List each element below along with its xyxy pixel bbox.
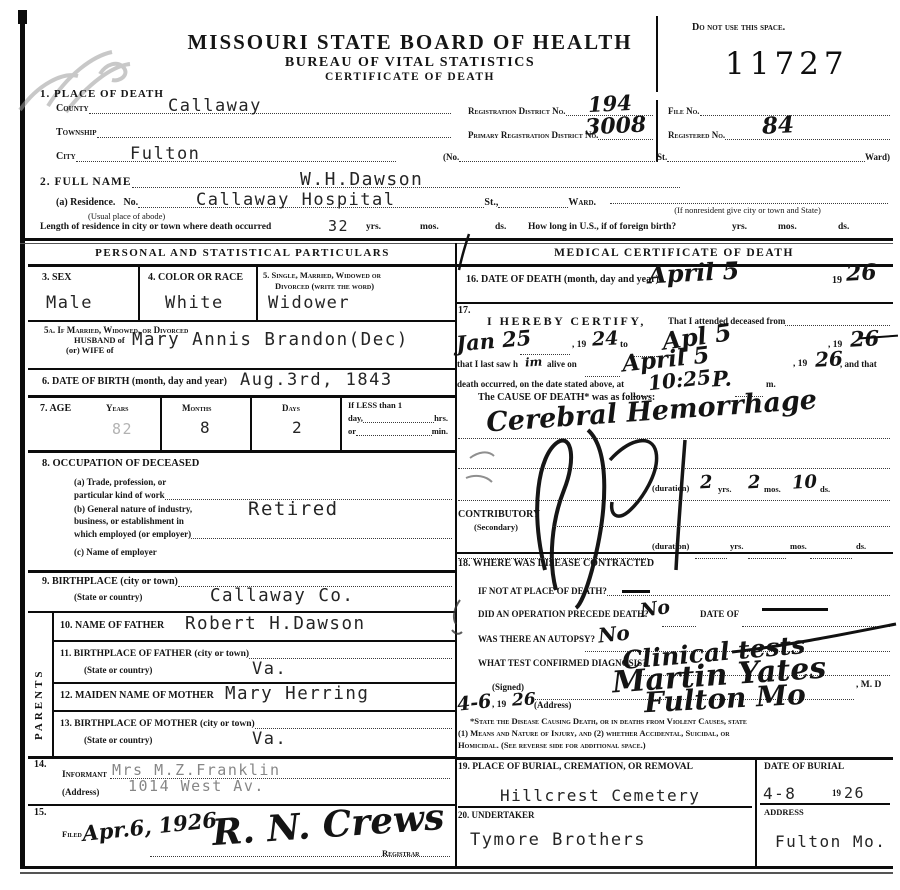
dotted-line <box>785 315 890 326</box>
age-min-label: min. <box>432 426 448 436</box>
divider <box>250 398 252 450</box>
page-subtitle-2: CERTIFICATE OF DEATH <box>150 71 670 83</box>
residence-label: (a) Residence. <box>56 197 115 208</box>
do-not-use-divider <box>656 16 658 92</box>
dob-value: Aug.3rd, 1843 <box>240 370 393 390</box>
age-or-label: or <box>348 426 356 436</box>
certify-number: 17. <box>458 305 471 316</box>
occupation-a2: particular kind of work <box>74 490 165 500</box>
personal-header: PERSONAL AND STATISTICAL PARTICULARS <box>30 247 455 259</box>
dob-label: 6. DATE OF BIRTH (month, day and year) <box>42 376 227 387</box>
nonresident-note: (If nonresident give city or town and St… <box>600 205 895 215</box>
race-value: White <box>165 293 224 313</box>
signed-date-value: 4-6 <box>456 690 492 715</box>
divider <box>755 759 757 866</box>
footnote-line-2: (1) Means and Nature of Injury, and (2) … <box>458 728 730 738</box>
medical-header: MEDICAL CERTIFICATE OF DEATH <box>455 247 893 259</box>
divider <box>160 398 162 450</box>
md-label: , M. D <box>856 680 881 690</box>
duration-days-value: 10 <box>791 471 817 493</box>
township-label: Township <box>56 127 97 138</box>
mother-label: 12. MAIDEN NAME OF MOTHER <box>60 690 214 701</box>
divider <box>52 710 455 712</box>
parents-label: PARENTS <box>33 640 45 740</box>
divider <box>28 450 455 453</box>
lastsaw-text-3: , and that <box>840 359 877 369</box>
dotted-line <box>255 718 452 729</box>
signed-year-value: 26 <box>511 689 536 710</box>
divider <box>138 267 140 320</box>
undertaker-address-label: ADDRESS <box>764 807 804 817</box>
contributory-secondary-label: (Secondary) <box>474 522 518 532</box>
occupation-a1: (a) Trade, profession, or <box>74 477 166 487</box>
duration-label: (duration) <box>652 483 689 493</box>
ds2-label: ds. <box>838 222 849 232</box>
race-label: 4. COLOR OR RACE <box>148 272 243 283</box>
dotted-line <box>695 548 727 559</box>
not-place-label: IF NOT AT PLACE OF DEATH? <box>478 586 607 596</box>
primary-reg-label: Primary Registration District No. <box>468 130 598 140</box>
dotted-line <box>363 412 434 423</box>
marital-value: Widower <box>268 293 350 313</box>
divider <box>52 640 455 642</box>
burial-year-value: 26 <box>844 784 865 802</box>
certificate-number: 11727 <box>725 46 849 82</box>
printed-19-signed: , 19 <box>492 700 506 710</box>
dotted-line <box>725 129 890 140</box>
age-less-label-1: If LESS than 1 <box>348 400 402 410</box>
footnote-line-1: *State the Disease Causing Death, or in … <box>470 716 747 726</box>
age-less-label-2: day, <box>348 413 363 423</box>
mos2-label: mos. <box>778 222 797 232</box>
occupation-c: (c) Name of employer <box>74 547 157 557</box>
age-years-value: 82 <box>112 420 133 438</box>
date-of-death-label: 16. DATE OF DEATH (month, day and year) <box>466 274 659 285</box>
contributory-label: CONTRIBUTORY <box>458 509 540 520</box>
mother-bp-value: Va. <box>252 729 287 749</box>
abode-note: (Usual place of abode) <box>88 211 165 221</box>
divider <box>458 806 752 808</box>
st-label: St. <box>657 152 667 162</box>
occupation-value: Retired <box>248 498 339 520</box>
undertaker-value: Tymore Brothers <box>470 830 646 850</box>
duration-years-value: 2 <box>699 472 713 494</box>
father-bp-value: Va. <box>252 659 287 679</box>
burial-date-value: 4-8 <box>763 784 796 803</box>
dotted-line <box>810 548 852 559</box>
divider <box>457 552 893 554</box>
divider <box>28 611 455 613</box>
file-no-label: File No. <box>668 106 700 116</box>
dotted-line <box>610 193 888 204</box>
dotted-line <box>552 516 890 527</box>
burial-place-value: Hillcrest Cemetery <box>500 786 700 805</box>
duration-months-value: 2 <box>747 472 761 494</box>
residence-st-label: St., <box>484 197 498 208</box>
yrs-label: yrs. <box>366 222 381 232</box>
dotted-line <box>498 197 568 208</box>
residence-no-label: No. <box>123 197 138 208</box>
age-less-min-line: or min. <box>348 425 448 436</box>
pen-dash <box>622 590 650 593</box>
divider <box>28 320 455 322</box>
divider <box>28 395 455 398</box>
informant-address-value: 1014 West Av. <box>128 777 265 795</box>
age-days-value: 2 <box>292 418 303 437</box>
ward-label: Ward) <box>865 152 890 162</box>
pen-squiggle-mark <box>448 598 466 638</box>
occupation-b3: which employed (or employer) <box>74 529 191 539</box>
age-hrs-label: hrs. <box>434 413 448 423</box>
county-value: Callaway <box>168 96 262 116</box>
burial-date-label: DATE OF BURIAL <box>764 762 844 772</box>
undertaker-address-value: Fulton Mo. <box>775 832 886 851</box>
do-not-use-label: Do not use this space. <box>692 22 785 33</box>
divider <box>256 267 258 320</box>
township-line: Township <box>56 127 451 138</box>
divider <box>28 756 455 759</box>
age-less-hrs-line: day, hrs. <box>348 412 448 423</box>
bottom-border-line <box>20 866 893 869</box>
father-bp-state-label: (State or country) <box>84 665 152 675</box>
birthplace-state-label: (State or country) <box>74 592 142 602</box>
city-line: City <box>56 151 396 162</box>
dotted-line <box>700 105 890 116</box>
mother-bp-label: 13. BIRTHPLACE OF MOTHER (city or town) <box>60 719 255 729</box>
death-certificate-scan: MISSOURI STATE BOARD OF HEALTH BUREAU OF… <box>0 0 900 890</box>
primary-reg-value: 3008 <box>584 111 647 140</box>
date-of-death-value: April 5 <box>647 256 740 290</box>
dotted-line <box>76 151 396 162</box>
undertaker-label: 20. UNDERTAKER <box>458 810 535 820</box>
filed-date-value: Apr.6, 1926 <box>81 807 218 846</box>
marital-label-1: 5. Single, Married, Widowed or <box>263 270 381 280</box>
lastsaw-text-1: that I last saw h <box>457 359 518 369</box>
city-label: City <box>56 151 76 162</box>
spouse-value: Mary Annis Brandon(Dec) <box>132 330 409 350</box>
footnote-line-3: Homicidal. (See reverse side for additio… <box>458 740 646 750</box>
duration-mos-label: mos. <box>764 484 781 494</box>
dotted-line <box>459 151 657 162</box>
dotted-line <box>667 151 865 162</box>
date-of-death-year: 26 <box>845 259 877 287</box>
full-name-label: 2. FULL NAME <box>40 176 132 188</box>
printed-19-burial: 19 <box>832 788 841 798</box>
mother-value: Mary Herring <box>225 684 369 704</box>
marital-label-2: Divorced (write the word) <box>275 281 374 291</box>
ds-label: ds. <box>495 222 506 232</box>
sex-value: Male <box>46 293 93 313</box>
reg-district-label: Registration District No. <box>468 106 566 116</box>
city-value: Fulton <box>130 144 200 164</box>
duration-label-2: (duration) <box>652 541 689 551</box>
mother-bp-state-label: (State or country) <box>84 735 152 745</box>
filed-number: 15. <box>34 807 47 818</box>
to-label: to <box>620 340 628 350</box>
filed-label: Filed <box>62 829 82 839</box>
dotted-line <box>89 103 451 114</box>
length-residence-value: 32 <box>328 217 349 235</box>
county-label: County <box>56 103 89 114</box>
city-street-line: (No. St. Ward) <box>443 151 890 162</box>
dotted-line <box>97 127 451 138</box>
divider <box>457 302 893 304</box>
age-days-label: Days <box>282 403 300 413</box>
occupation-b3-line: which employed (or employer) <box>74 528 452 539</box>
autopsy-answer: No <box>597 620 631 647</box>
divider <box>457 757 893 760</box>
registered-no-label: Registered No. <box>668 130 725 140</box>
dotted-line <box>249 648 452 659</box>
registrar-label: Registrar <box>382 848 419 858</box>
printed-19: 19 <box>832 275 842 286</box>
q18-label: 18. WHERE WAS DISEASE CONTRACTED <box>458 558 654 569</box>
informant-number: 14. <box>34 759 47 770</box>
occupation-b2: business, or establishment in <box>74 516 184 526</box>
dotted-line <box>748 548 786 559</box>
birthplace-value: Callaway Co. <box>210 586 354 606</box>
age-years-label: Years <box>106 403 129 413</box>
occupation-b1: (b) General nature of industry, <box>74 504 192 514</box>
parents-strip-divider <box>52 613 54 756</box>
lastsaw-text-2: alive on <box>547 359 577 369</box>
registered-no-value: 84 <box>761 111 794 140</box>
father-value: Robert H.Dawson <box>185 614 366 634</box>
informant-label: Informant <box>62 770 107 780</box>
ds-label-2: ds. <box>856 541 866 551</box>
yrs-label-2: yrs. <box>730 541 743 551</box>
lastsaw-im: im <box>525 355 543 370</box>
residence-value: Callaway Hospital <box>196 190 396 210</box>
full-name-value: W.H.Dawson <box>300 169 423 190</box>
printed-19-lastsaw: , 19 <box>793 359 807 369</box>
physician-address: Fulton Mo <box>643 678 806 719</box>
burial-label: 19. PLACE OF BURIAL, CREMATION, OR REMOV… <box>458 762 693 772</box>
death-time-p: P. <box>711 366 732 392</box>
not-place-line: IF NOT AT PLACE OF DEATH? <box>478 585 890 596</box>
dotted-line <box>662 616 696 627</box>
divider <box>28 570 455 573</box>
dotted-line <box>520 344 570 355</box>
father-bp-line: 11. BIRTHPLACE OF FATHER (city or town) <box>60 648 452 659</box>
section-1-label: 1. PLACE OF DEATH <box>40 88 164 100</box>
duration-ds-label: ds. <box>820 484 830 494</box>
page-title: MISSOURI STATE BOARD OF HEALTH <box>150 30 670 55</box>
age-months-label: Months <box>182 403 212 413</box>
divider <box>340 398 342 450</box>
mother-bp-line: 13. BIRTHPLACE OF MOTHER (city or town) <box>60 718 452 729</box>
printed-19-from: , 19 <box>572 340 586 350</box>
page-subtitle: BUREAU OF VITAL STATISTICS <box>150 55 670 71</box>
spouse-label-3: (or) WIFE of <box>66 345 114 355</box>
death-time-value: 10:25 <box>647 365 712 395</box>
divider <box>28 264 455 267</box>
operation-label: DID AN OPERATION PRECEDE DEATH? <box>478 609 649 619</box>
dotted-line <box>356 425 432 436</box>
dotted-line <box>191 528 452 539</box>
informant-address-label: (Address) <box>62 787 99 797</box>
bottom-border-shadow <box>20 872 893 874</box>
father-label: 10. NAME OF FATHER <box>60 620 164 631</box>
address-label: (Address) <box>534 700 571 710</box>
age-months-value: 8 <box>200 418 211 437</box>
divider <box>760 803 890 805</box>
birthplace-label: 9. BIRTHPLACE (city or town) <box>42 576 178 587</box>
attended-from-year: 24 <box>591 327 619 350</box>
mos-label-2: mos. <box>790 541 807 551</box>
dotted-line <box>585 366 620 377</box>
left-border-line <box>20 12 25 868</box>
age-label: 7. AGE <box>40 403 71 414</box>
occupation-label: 8. OCCUPATION OF DECEASED <box>42 458 199 469</box>
yrs2-label: yrs. <box>732 222 747 232</box>
father-bp-label: 11. BIRTHPLACE OF FATHER (city or town) <box>60 649 249 659</box>
autopsy-label: WAS THERE AN AUTOPSY? <box>478 634 595 644</box>
duration-yrs-label: yrs. <box>718 484 731 494</box>
mos-label: mos. <box>420 222 439 232</box>
us-length-label: How long in U.S., if of foreign birth? <box>528 222 676 232</box>
no-label: (No. <box>443 152 459 162</box>
sex-label: 3. SEX <box>42 272 71 283</box>
spouse-label-2: HUSBAND of <box>74 335 125 345</box>
length-residence-label: Length of residence in city or town wher… <box>40 222 271 232</box>
death-occurred-label: death occurred, on the date stated above… <box>457 379 624 389</box>
residence-ward-label: Ward. <box>568 197 596 208</box>
